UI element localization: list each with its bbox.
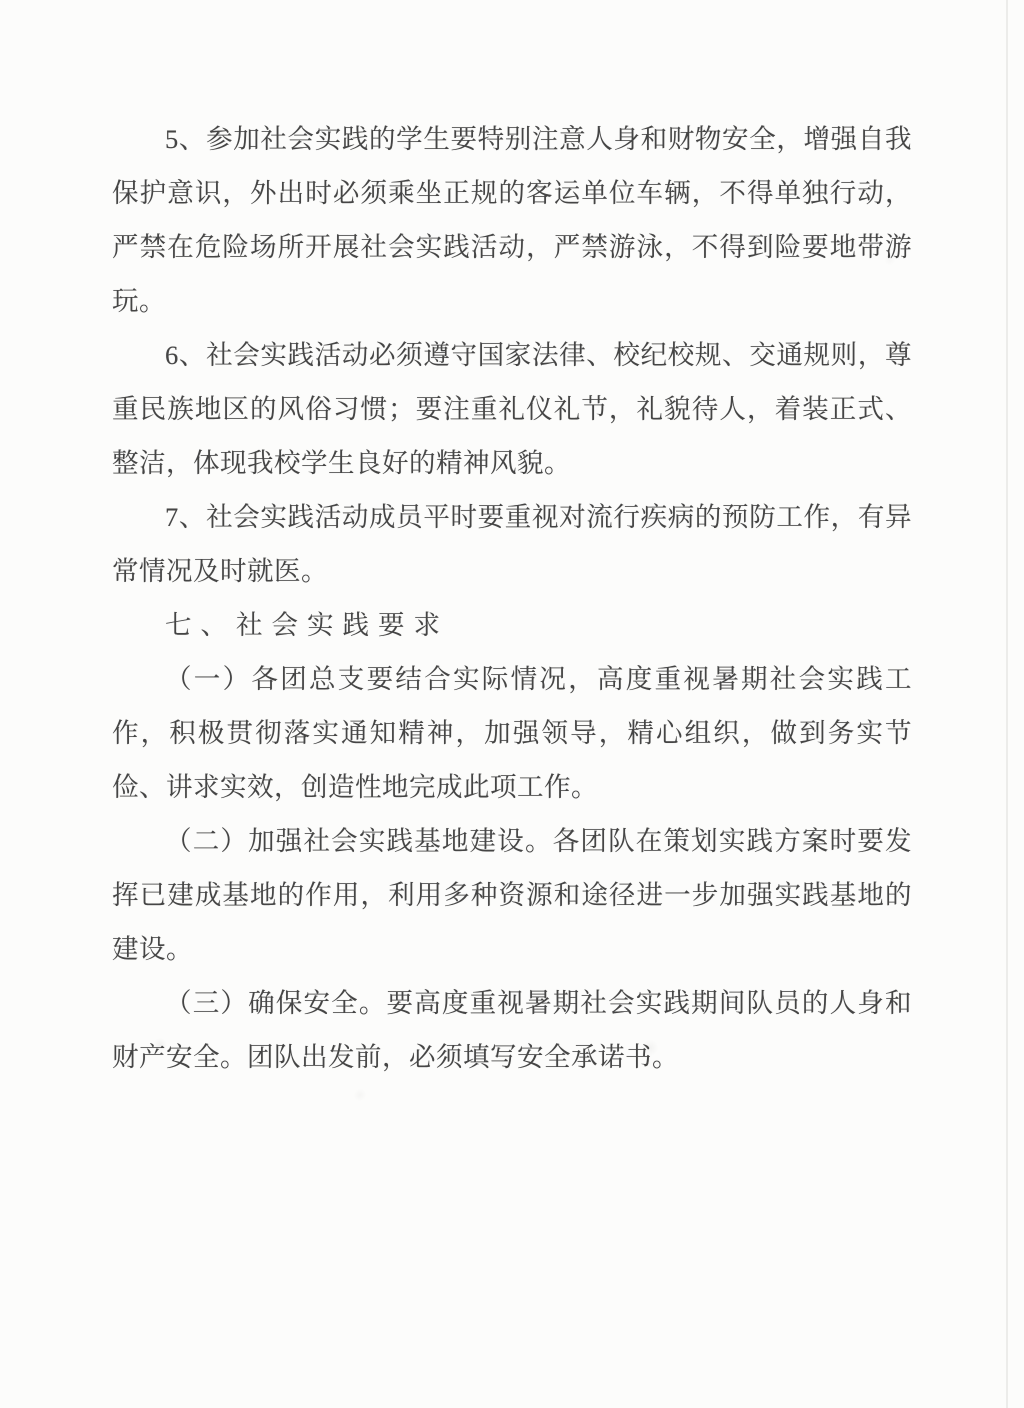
paragraph-safety-item-5: 5、参加社会实践的学生要特别注意人身和财物安全，增强自我保护意识，外出时必须乘坐… [112, 112, 912, 328]
paragraph-conduct-item-6: 6、社会实践活动必须遵守国家法律、校纪校规、交通规则，尊重民族地区的风俗习惯；要… [112, 328, 912, 490]
paragraph-health-item-7: 7、社会实践活动成员平时要重视对流行疾病的预防工作，有异常情况及时就医。 [112, 490, 912, 598]
paragraph-requirement-3: （三）确保安全。要高度重视暑期社会实践期间队员的人身和财产安全。团队出发前，必须… [112, 976, 912, 1084]
scan-edge-artifact [1006, 0, 1008, 1408]
section-heading-practice-requirements: 七、社会实践要求 [112, 598, 912, 652]
paragraph-requirement-2: （二）加强社会实践基地建设。各团队在策划实践方案时要发挥已建成基地的作用，利用多… [112, 814, 912, 976]
scanned-document-page: 5、参加社会实践的学生要特别注意人身和财物安全，增强自我保护意识，外出时必须乘坐… [0, 0, 1024, 1408]
document-body: 5、参加社会实践的学生要特别注意人身和财物安全，增强自我保护意识，外出时必须乘坐… [112, 112, 912, 1084]
paragraph-requirement-1: （一）各团总支要结合实际情况，高度重视暑期社会实践工作，积极贯彻落实通知精神，加… [112, 652, 912, 814]
